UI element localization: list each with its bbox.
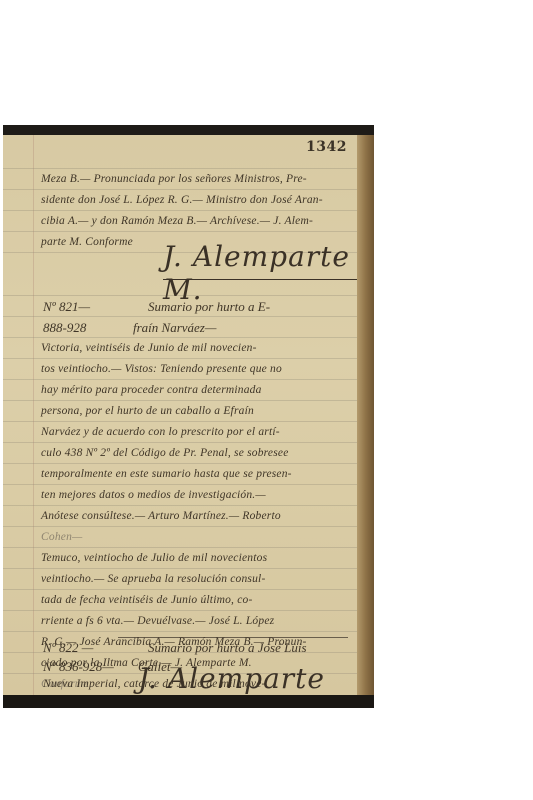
page-number: 1342 <box>306 139 347 155</box>
handwritten-line: Temuco, veintiocho de Julio de mil novec… <box>41 552 267 564</box>
entry-file-ref: 888-928 <box>43 320 86 336</box>
handwritten-line: cibia A.— y don Ramón Meza B.— Archívese… <box>41 215 313 227</box>
ledger-page: 1342 Meza B.— Pronunciada por los señore… <box>3 135 357 695</box>
handwritten-line: culo 438 Nº 2º del Código de Pr. Penal, … <box>41 447 289 459</box>
handwritten-line: hay mérito para proceder contra determin… <box>41 384 262 396</box>
entry-title: Sumario por hurto a José Luis <box>148 640 307 656</box>
entry-number: Nº 822 — <box>43 640 93 656</box>
ruled-line <box>3 442 357 443</box>
scanned-ledger-page: 1342 Meza B.— Pronunciada por los señore… <box>3 125 374 708</box>
ruled-line <box>3 379 357 380</box>
entry-title: Gallet— <box>138 659 182 675</box>
ruled-line <box>3 316 357 317</box>
ruled-line <box>3 526 357 527</box>
handwritten-line: rriente a fs 6 vta.— Devuélvase.— José L… <box>41 615 274 627</box>
handwritten-line: Meza B.— Pronunciada por los señores Min… <box>41 173 307 185</box>
ruled-line <box>3 463 357 464</box>
handwritten-line: parte M. Conforme <box>41 236 133 248</box>
signature: J. Alemparte M. <box>163 240 357 306</box>
handwritten-line: tos veintiocho.— Vistos: Teniendo presen… <box>41 363 282 375</box>
handwritten-line: Anótese consúltese.— Arturo Martínez.— R… <box>41 510 281 522</box>
handwritten-line: ten mejores datos o medios de investigac… <box>41 489 266 501</box>
ruled-line <box>3 168 357 169</box>
handwritten-line: Cohen— <box>41 531 82 543</box>
ruled-line <box>3 610 357 611</box>
ruled-line <box>3 231 357 232</box>
ruled-line <box>3 358 357 359</box>
ruled-line <box>3 210 357 211</box>
handwritten-line: veintiocho.— Se aprueba la resolución co… <box>41 573 265 585</box>
ruled-line <box>3 484 357 485</box>
entry-file-ref: Nº 836-928— <box>43 659 114 675</box>
handwritten-line: tada de fecha veintiséis de Junio último… <box>41 594 252 606</box>
bottom-shadow <box>3 695 374 708</box>
entry-number: Nº 821— <box>43 299 90 315</box>
entry-title: Sumario por hurto a E- <box>148 299 270 315</box>
margin-line <box>33 135 34 695</box>
signature-underline <box>163 279 357 280</box>
ruled-line <box>3 631 357 632</box>
handwritten-line: Victoria, veintiséis de Junio de mil nov… <box>41 342 257 354</box>
ruled-line <box>3 589 357 590</box>
separator-line <box>118 637 348 638</box>
ruled-line <box>3 400 357 401</box>
book-binding-edge <box>357 135 374 695</box>
ruled-line <box>3 547 357 548</box>
ruled-line <box>3 421 357 422</box>
handwritten-line: sidente don José L. López R. G.— Ministr… <box>41 194 323 206</box>
ruled-line <box>3 189 357 190</box>
handwritten-line: persona, por el hurto de un caballo a Ef… <box>41 405 254 417</box>
ruled-line <box>3 568 357 569</box>
ruled-line <box>3 505 357 506</box>
entry-title: fraín Narváez— <box>133 320 216 336</box>
handwritten-line: temporalmente en este sumario hasta que … <box>41 468 292 480</box>
ruled-line <box>3 337 357 338</box>
handwritten-line: Narváez y de acuerdo con lo prescrito po… <box>41 426 280 438</box>
handwritten-line: Nueva Imperial, catorce de Junio de mil … <box>43 678 266 690</box>
